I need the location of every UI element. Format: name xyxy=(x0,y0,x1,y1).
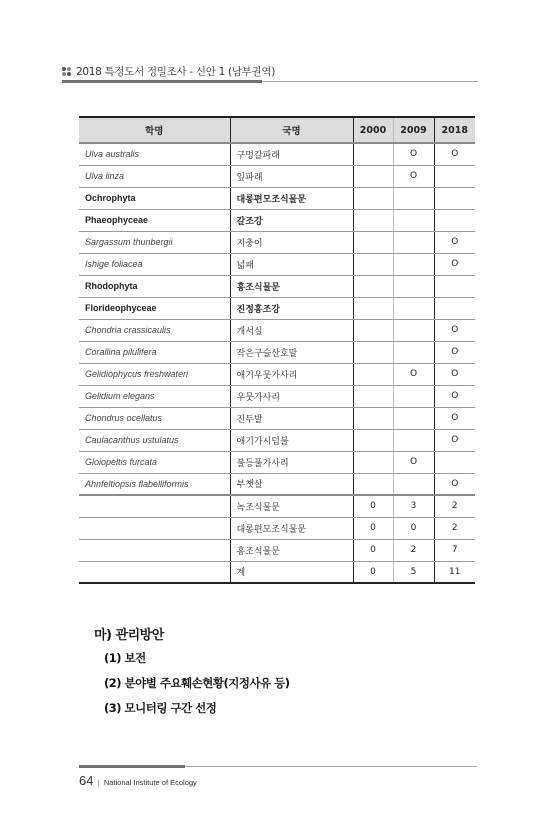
table-row: Ulva linza잎파래O xyxy=(79,165,475,187)
scientific-name: Rhodophyta xyxy=(79,275,230,297)
presence-2000 xyxy=(353,187,393,209)
presence-2009: O xyxy=(393,451,434,473)
korean-name: 잎파래 xyxy=(230,165,353,187)
scientific-name: Sargassum thunbergii xyxy=(79,231,230,253)
scientific-name: Chondria crassicaulis xyxy=(79,319,230,341)
presence-2000 xyxy=(353,253,393,275)
presence-2018: O xyxy=(434,429,475,451)
table-row: Ulva australis구멍갈파래OO xyxy=(79,143,475,165)
korean-name: 지충이 xyxy=(230,231,353,253)
footer-separator: | xyxy=(97,779,99,787)
presence-2009 xyxy=(393,231,434,253)
presence-2000 xyxy=(353,165,393,187)
scientific-name: Phaeophyceae xyxy=(79,209,230,231)
presence-2009 xyxy=(393,187,434,209)
table-row: Sargassum thunbergii지충이O xyxy=(79,231,475,253)
presence-2000 xyxy=(353,473,393,495)
count-2009: 0 xyxy=(393,517,434,539)
scientific-name: Ulva linza xyxy=(79,165,230,187)
table-row: Gelidium elegans우뭇가사리O xyxy=(79,385,475,407)
scientific-name: Florideophyceae xyxy=(79,297,230,319)
presence-2018 xyxy=(434,187,475,209)
count-2000: 0 xyxy=(353,561,393,583)
presence-2009 xyxy=(393,385,434,407)
presence-2018: O xyxy=(434,407,475,429)
korean-name: 우뭇가사리 xyxy=(230,385,353,407)
table-header-row: 학명 국명 2000 2009 2018 xyxy=(79,117,475,143)
summary-row: 녹조식물문032 xyxy=(79,495,475,517)
summary-row: 계0511 xyxy=(79,561,475,583)
presence-2000 xyxy=(353,429,393,451)
summary-blank xyxy=(79,495,230,517)
presence-2009 xyxy=(393,429,434,451)
korean-name: 대롱편모조식물문 xyxy=(230,187,353,209)
table-row: Gloiopeltis furcata불등풀가사리O xyxy=(79,451,475,473)
table-row: Chondria crassicaulis개서실O xyxy=(79,319,475,341)
footer-rule-dark xyxy=(79,765,185,768)
section-title: 마) 관리방안 xyxy=(94,624,164,643)
summary-blank xyxy=(79,517,230,539)
count-2018: 2 xyxy=(434,517,475,539)
scientific-name: Corallina pilulifera xyxy=(79,341,230,363)
presence-2000 xyxy=(353,275,393,297)
species-table: 학명 국명 2000 2009 2018 Ulva australis구멍갈파래… xyxy=(79,116,475,584)
scientific-name: Gelidium elegans xyxy=(79,385,230,407)
presence-2018: O xyxy=(434,385,475,407)
section-item-conservation: (1) 보전 xyxy=(104,650,146,666)
institution-name: National Institute of Ecology xyxy=(104,778,197,787)
presence-2009 xyxy=(393,319,434,341)
presence-2018: O xyxy=(434,253,475,275)
table-row: Caulacanthus ustulatus애기가시덤불O xyxy=(79,429,475,451)
korean-name: 넓패 xyxy=(230,253,353,275)
presence-2018: O xyxy=(434,143,475,165)
presence-2009: O xyxy=(393,143,434,165)
summary-label: 대롱편모조식물문 xyxy=(230,517,353,539)
korean-name: 애기가시덤불 xyxy=(230,429,353,451)
count-2018: 7 xyxy=(434,539,475,561)
presence-2018 xyxy=(434,451,475,473)
presence-2009 xyxy=(393,209,434,231)
header-rule-light xyxy=(262,81,478,82)
presence-2009: O xyxy=(393,363,434,385)
page-footer: 64 | National Institute of Ecology xyxy=(79,773,197,788)
page-number: 64 xyxy=(79,773,93,788)
presence-2018 xyxy=(434,275,475,297)
count-2018: 11 xyxy=(434,561,475,583)
presence-2018 xyxy=(434,209,475,231)
summary-row: 홍조식물문027 xyxy=(79,539,475,561)
presence-2009 xyxy=(393,297,434,319)
count-2009: 3 xyxy=(393,495,434,517)
table-row: Ishige foliacea넓패O xyxy=(79,253,475,275)
col-header-2000: 2000 xyxy=(353,117,393,143)
presence-2000 xyxy=(353,231,393,253)
korean-name: 갈조강 xyxy=(230,209,353,231)
count-2000: 0 xyxy=(353,539,393,561)
presence-2018 xyxy=(434,165,475,187)
summary-label: 녹조식물문 xyxy=(230,495,353,517)
scientific-name: Ahnfeltiopsis flabelliformis xyxy=(79,473,230,495)
table-row: Ahnfeltiopsis flabelliformis부챗살O xyxy=(79,473,475,495)
korean-name: 구멍갈파래 xyxy=(230,143,353,165)
table-row: Corallina pilulifera작은구슬산호말O xyxy=(79,341,475,363)
table-row: Chondrus ocellatus진두발O xyxy=(79,407,475,429)
summary-label: 홍조식물문 xyxy=(230,539,353,561)
presence-2009: O xyxy=(393,165,434,187)
section-item-monitoring: (3) 모니터링 구간 선정 xyxy=(104,700,216,716)
presence-2000 xyxy=(353,341,393,363)
presence-2000 xyxy=(353,407,393,429)
table-row: Florideophyceae진정홍조강 xyxy=(79,297,475,319)
presence-2018: O xyxy=(434,363,475,385)
presence-2000 xyxy=(353,385,393,407)
scientific-name: Caulacanthus ustulatus xyxy=(79,429,230,451)
running-head-title: 2018 특정도서 정밀조사 - 신안 1 (남부권역) xyxy=(76,64,275,79)
footer-rule-light xyxy=(185,766,477,767)
summary-row: 대롱편모조식물문002 xyxy=(79,517,475,539)
presence-2000 xyxy=(353,143,393,165)
col-header-2009: 2009 xyxy=(393,117,434,143)
korean-name: 애기우뭇가사리 xyxy=(230,363,353,385)
bullet-dots-icon xyxy=(62,67,71,76)
korean-name: 작은구슬산호말 xyxy=(230,341,353,363)
summary-blank xyxy=(79,561,230,583)
count-2009: 2 xyxy=(393,539,434,561)
korean-name: 불등풀가사리 xyxy=(230,451,353,473)
count-2000: 0 xyxy=(353,517,393,539)
presence-2018: O xyxy=(434,341,475,363)
presence-2018: O xyxy=(434,473,475,495)
table-row: Phaeophyceae갈조강 xyxy=(79,209,475,231)
presence-2009 xyxy=(393,407,434,429)
scientific-name: Chondrus ocellatus xyxy=(79,407,230,429)
korean-name: 진두발 xyxy=(230,407,353,429)
presence-2009 xyxy=(393,473,434,495)
table-row: Rhodophyta홍조식물문 xyxy=(79,275,475,297)
presence-2000 xyxy=(353,363,393,385)
korean-name: 개서실 xyxy=(230,319,353,341)
summary-label: 계 xyxy=(230,561,353,583)
korean-name: 진정홍조강 xyxy=(230,297,353,319)
col-header-korean-name: 국명 xyxy=(230,117,353,143)
scientific-name: Gloiopeltis furcata xyxy=(79,451,230,473)
col-header-scientific-name: 학명 xyxy=(79,117,230,143)
presence-2000 xyxy=(353,319,393,341)
col-header-2018: 2018 xyxy=(434,117,475,143)
table-row: Ochrophyta대롱편모조식물문 xyxy=(79,187,475,209)
scientific-name: Ulva australis xyxy=(79,143,230,165)
presence-2000 xyxy=(353,209,393,231)
presence-2018: O xyxy=(434,319,475,341)
count-2000: 0 xyxy=(353,495,393,517)
section-item-damage-status: (2) 분야별 주요훼손현황(지정사유 등) xyxy=(104,675,290,691)
count-2018: 2 xyxy=(434,495,475,517)
presence-2000 xyxy=(353,451,393,473)
presence-2009 xyxy=(393,275,434,297)
korean-name: 부챗살 xyxy=(230,473,353,495)
korean-name: 홍조식물문 xyxy=(230,275,353,297)
scientific-name: Gelidiophycus freshwateri xyxy=(79,363,230,385)
running-head: 2018 특정도서 정밀조사 - 신안 1 (남부권역) xyxy=(62,64,275,79)
header-rule-dark xyxy=(62,80,262,83)
presence-2000 xyxy=(353,297,393,319)
presence-2009 xyxy=(393,253,434,275)
summary-blank xyxy=(79,539,230,561)
scientific-name: Ochrophyta xyxy=(79,187,230,209)
scientific-name: Ishige foliacea xyxy=(79,253,230,275)
table-row: Gelidiophycus freshwateri애기우뭇가사리OO xyxy=(79,363,475,385)
presence-2009 xyxy=(393,341,434,363)
presence-2018 xyxy=(434,297,475,319)
presence-2018: O xyxy=(434,231,475,253)
count-2009: 5 xyxy=(393,561,434,583)
